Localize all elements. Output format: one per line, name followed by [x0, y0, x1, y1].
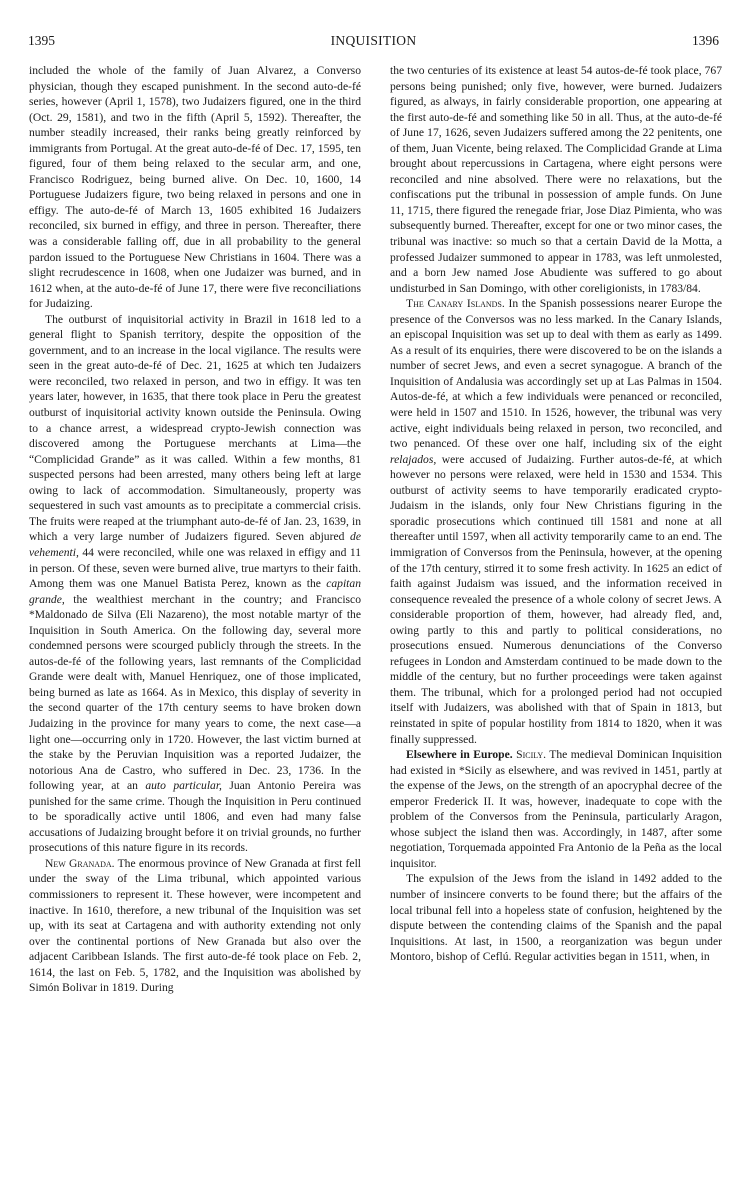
running-title: INQUISITION [28, 33, 719, 49]
section-heading: Elsewhere in Europe. [406, 748, 513, 761]
subsection-heading: Sicily. [513, 748, 546, 761]
paragraph: the two centuries of its existence at le… [390, 63, 722, 296]
paragraph: Elsewhere in Europe. Sicily. The medieva… [390, 747, 722, 871]
page-header: 1395 INQUISITION 1396 [28, 33, 719, 53]
right-column: the two centuries of its existence at le… [390, 63, 722, 965]
page-number-right: 1396 [692, 33, 719, 49]
paragraph: New Granada. The enormous province of Ne… [29, 856, 361, 996]
left-column: included the whole of the family of Juan… [29, 63, 361, 996]
italic-term: auto particular, [145, 779, 222, 792]
section-heading: The Canary Islands. [406, 297, 505, 310]
paragraph: The outburst of inquisitorial activity i… [29, 312, 361, 856]
section-heading: New Granada. [45, 857, 115, 870]
paragraph: The expulsion of the Jews from the islan… [390, 871, 722, 964]
italic-term: relajados, [390, 453, 436, 466]
paragraph: included the whole of the family of Juan… [29, 63, 361, 312]
paragraph: The Canary Islands. In the Spanish posse… [390, 296, 722, 747]
